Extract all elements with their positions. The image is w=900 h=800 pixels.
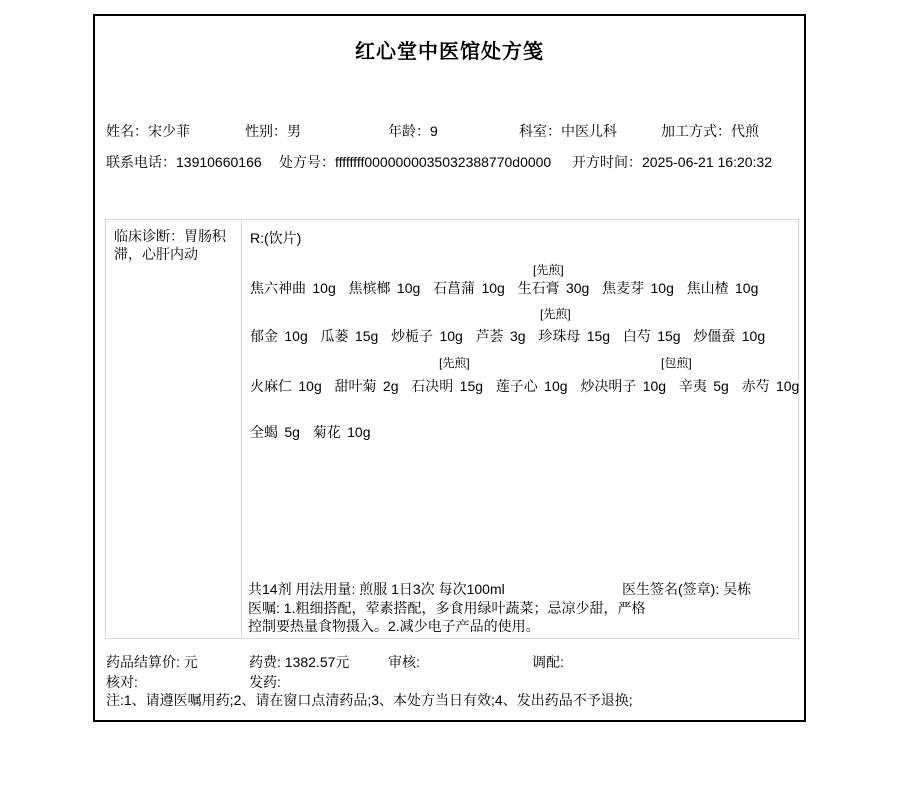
doctor-signature: 医生签名(签章): 吴栋	[622, 579, 751, 599]
diagnosis-text: 临床诊断：胃肠积滞，心肝内动	[114, 227, 229, 263]
diagnosis-cell: 临床诊断：胃肠积滞，心肝内动	[106, 220, 242, 638]
issue-time-field: 开方时间：2025-06-21 16:20:32	[572, 152, 772, 172]
prescription-border: 红心堂中医馆处方笺 姓名：宋少菲 性别：男 年龄：9 科室：中医儿科 加工方式：…	[93, 14, 806, 722]
check-field: 核对:	[106, 672, 138, 692]
dispense-field: 发药:	[249, 672, 281, 692]
settle-price-field: 药品结算价: 元	[106, 652, 198, 672]
prepare-field: 调配:	[532, 652, 564, 672]
processing-field: 加工方式：代煎	[661, 121, 759, 141]
review-field: 审核:	[388, 652, 420, 672]
prescription-body-box: 临床诊断：胃肠积滞，心肝内动 R:(饮片) [先煎] 焦六神曲 10g 焦槟榔 …	[105, 219, 799, 639]
herb-line-4: 全蝎 5g 菊花 10g	[250, 422, 371, 442]
herb-line-3: 火麻仁 10g 甜叶菊 2g 石决明 15g 莲子心 10g 炒决明子 10g …	[250, 376, 799, 396]
phone-field: 联系电话：13910660166	[106, 152, 262, 172]
department-field: 科室：中医儿科	[519, 121, 617, 141]
advice-line-2: 控制要热量食物摄入。2.减少电子产品的使用。	[248, 616, 540, 636]
herb-line-1: 焦六神曲 10g 焦槟榔 10g 石菖蒲 10g 生石膏 30g 焦麦芽 10g…	[250, 278, 758, 298]
notes-line: 注:1、请遵医嘱用药;2、请在窗口点清药品;3、本处方当日有效;4、发出药品不予…	[106, 690, 633, 710]
rx-header: R:(饮片)	[250, 228, 301, 248]
patient-gender-field: 性别：男	[245, 121, 301, 141]
page-title: 红心堂中医馆处方笺	[95, 35, 804, 64]
decoct-tag-baojian: [包煎]	[661, 354, 692, 371]
rx-number-field: 处方号：ffffffff0000000035032388770d0000	[279, 152, 551, 172]
patient-age-field: 年龄：9	[388, 121, 438, 141]
fee-field: 药费: 1382.57元	[249, 652, 349, 672]
herb-line-2: 郁金 10g 瓜蒌 15g 炒栀子 10g 芦荟 3g 珍珠母 15g 白芍 1…	[250, 326, 765, 346]
patient-name-field: 姓名：宋少菲	[106, 121, 190, 141]
decoct-tag-xianjian-2: [先煎]	[540, 305, 571, 322]
usage-line: 共14剂 用法用量: 煎服 1日3次 每次100ml	[248, 579, 505, 599]
advice-line-1: 医嘱: 1.粗细搭配，荤素搭配，多食用绿叶蔬菜；忌凉少甜，严格	[248, 598, 645, 618]
decoct-tag-xianjian-1: [先煎]	[533, 261, 564, 278]
prescription-sheet: 红心堂中医馆处方笺 姓名：宋少菲 性别：男 年龄：9 科室：中医儿科 加工方式：…	[0, 0, 900, 800]
decoct-tag-xianjian-3: [先煎]	[439, 354, 470, 371]
